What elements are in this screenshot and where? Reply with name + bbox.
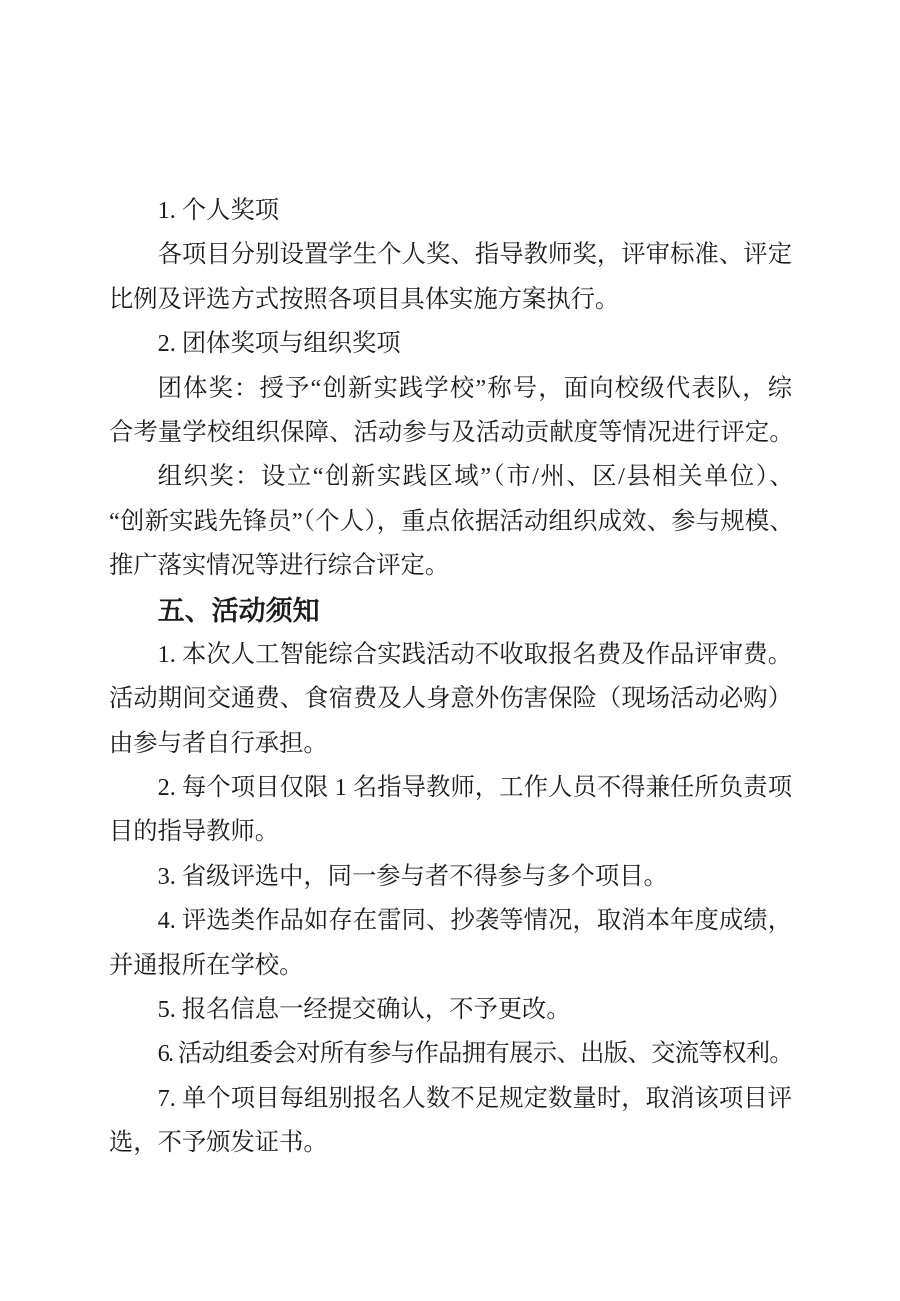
text-line: 目的指导教师。 [109,810,792,854]
text-line: 合考量学校组织保障、活动参与及活动贡献度等情况进行评定。 [109,411,792,455]
document-page: 1. 个人奖项各项目分别设置学生个人奖、指导教师奖，评审标准、评定比例及评选方式… [0,0,900,1301]
text-line: 团体奖：授予“创新实践学校”称号，面向校级代表队，综 [109,367,792,411]
text-line: 推广落实情况等进行综合评定。 [109,544,792,588]
text-line: 2. 团体奖项与组织奖项 [109,322,792,366]
text-line: 选，不予颁发证书。 [109,1121,792,1165]
section-heading: 五、活动须知 [109,589,792,633]
text-line: 由参与者自行承担。 [109,722,792,766]
text-line: 6. 活动组委会对所有参与作品拥有展示、出版、交流等权利。 [109,1032,792,1076]
document-content: 1. 个人奖项各项目分别设置学生个人奖、指导教师奖，评审标准、评定比例及评选方式… [109,189,792,1166]
text-line: 活动期间交通费、食宿费及人身意外伤害保险（现场活动必购） [109,677,792,721]
text-line: 3. 省级评选中，同一参与者不得参与多个项目。 [109,855,792,899]
text-line: 1. 本次人工智能综合实践活动不收取报名费及作品评审费。 [109,633,792,677]
text-line: 4. 评选类作品如存在雷同、抄袭等情况，取消本年度成绩， [109,899,792,943]
text-line: 2. 每个项目仅限 1 名指导教师，工作人员不得兼任所负责项 [109,766,792,810]
text-line: 各项目分别设置学生个人奖、指导教师奖，评审标准、评定 [109,233,792,277]
text-line: 7. 单个项目每组别报名人数不足规定数量时，取消该项目评 [109,1077,792,1121]
text-line: 5. 报名信息一经提交确认，不予更改。 [109,988,792,1032]
text-line: 1. 个人奖项 [109,189,792,233]
text-line: “创新实践先锋员”（个人），重点依据活动组织成效、参与规模、 [109,500,792,544]
text-line: 组织奖：设立“创新实践区域”（市/州、区/县相关单位）、 [109,455,792,499]
text-line: 比例及评选方式按照各项目具体实施方案执行。 [109,278,792,322]
text-line: 并通报所在学校。 [109,944,792,988]
